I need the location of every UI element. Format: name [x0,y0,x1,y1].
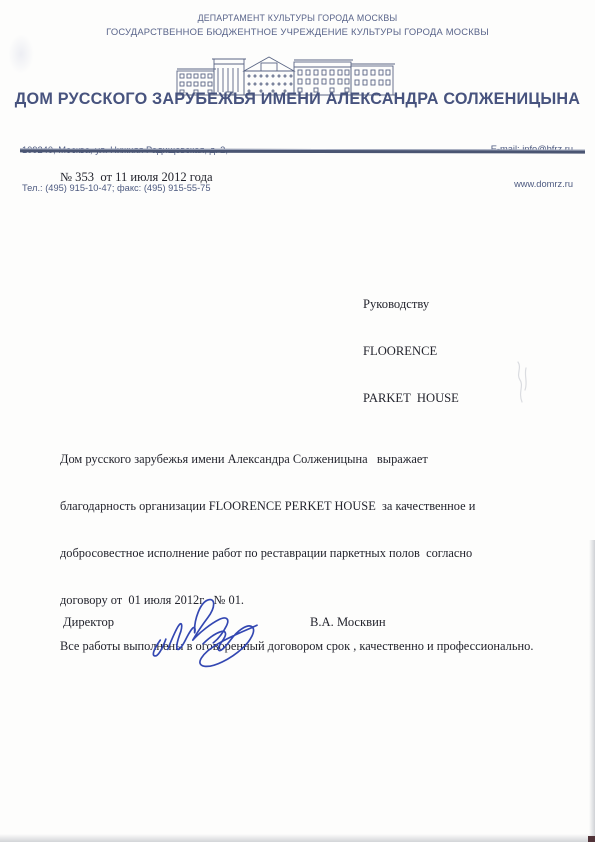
scan-edge-right [589,540,595,842]
signer-name: В.А. Москвин [310,615,386,630]
letter-body: Дом русского зарубежья имени Александра … [60,421,533,686]
recipient-company-line2: PARKET HOUSE [363,391,459,407]
scan-corner-mark [588,836,595,842]
body-line: договору от 01 июля 2012г № 01. [60,593,533,609]
letterhead-organization-line: ГОСУДАРСТВЕННОЕ БЮДЖЕНТНОЕ УЧРЕЖДЕНИЕ КУ… [0,26,595,37]
body-line: Все работы выполнены в оговоренный догов… [60,639,533,655]
recipient-salutation: Руководству [363,297,459,313]
pencil-smudge-artifact [498,358,543,406]
body-line: Дом русского зарубежья имени Александра … [60,452,533,468]
contact-address-block: 109240, Москва, ул. Нижняя Радищевская, … [22,119,228,219]
website-line: www.domrz.ru [491,179,573,191]
recipient-company-line1: FLOORENCE [363,344,459,360]
handwritten-signature [143,588,278,668]
recipient-block: Руководству FLOORENCE PARKET HOUSE [363,265,459,439]
scanned-letter-page: ДЕПАРТАМЕНТ КУЛЬТУРЫ ГОРОДА МОСКВЫ ГОСУД… [0,0,595,842]
organization-title: ДОМ РУССКОГО ЗАРУБЕЖЬЯ ИМЕНИ АЛЕКСАНДРА … [0,90,595,109]
reference-number-line: № 353 от 11 июля 2012 года [60,170,213,185]
signer-role-label: Директор [63,615,114,630]
body-line: благодарность организации FLOORENCE PERK… [60,499,533,515]
scan-edge-bottom [0,834,595,842]
letterhead-department-line: ДЕПАРТАМЕНТ КУЛЬТУРЫ ГОРОДА МОСКВЫ [0,13,595,23]
contact-web-block: E-mail: info@bfrz.ru www.domrz.ru [491,121,573,213]
scan-smudge-artifact [8,34,34,74]
body-line: добросовестное исполнение работ по реста… [60,546,533,562]
